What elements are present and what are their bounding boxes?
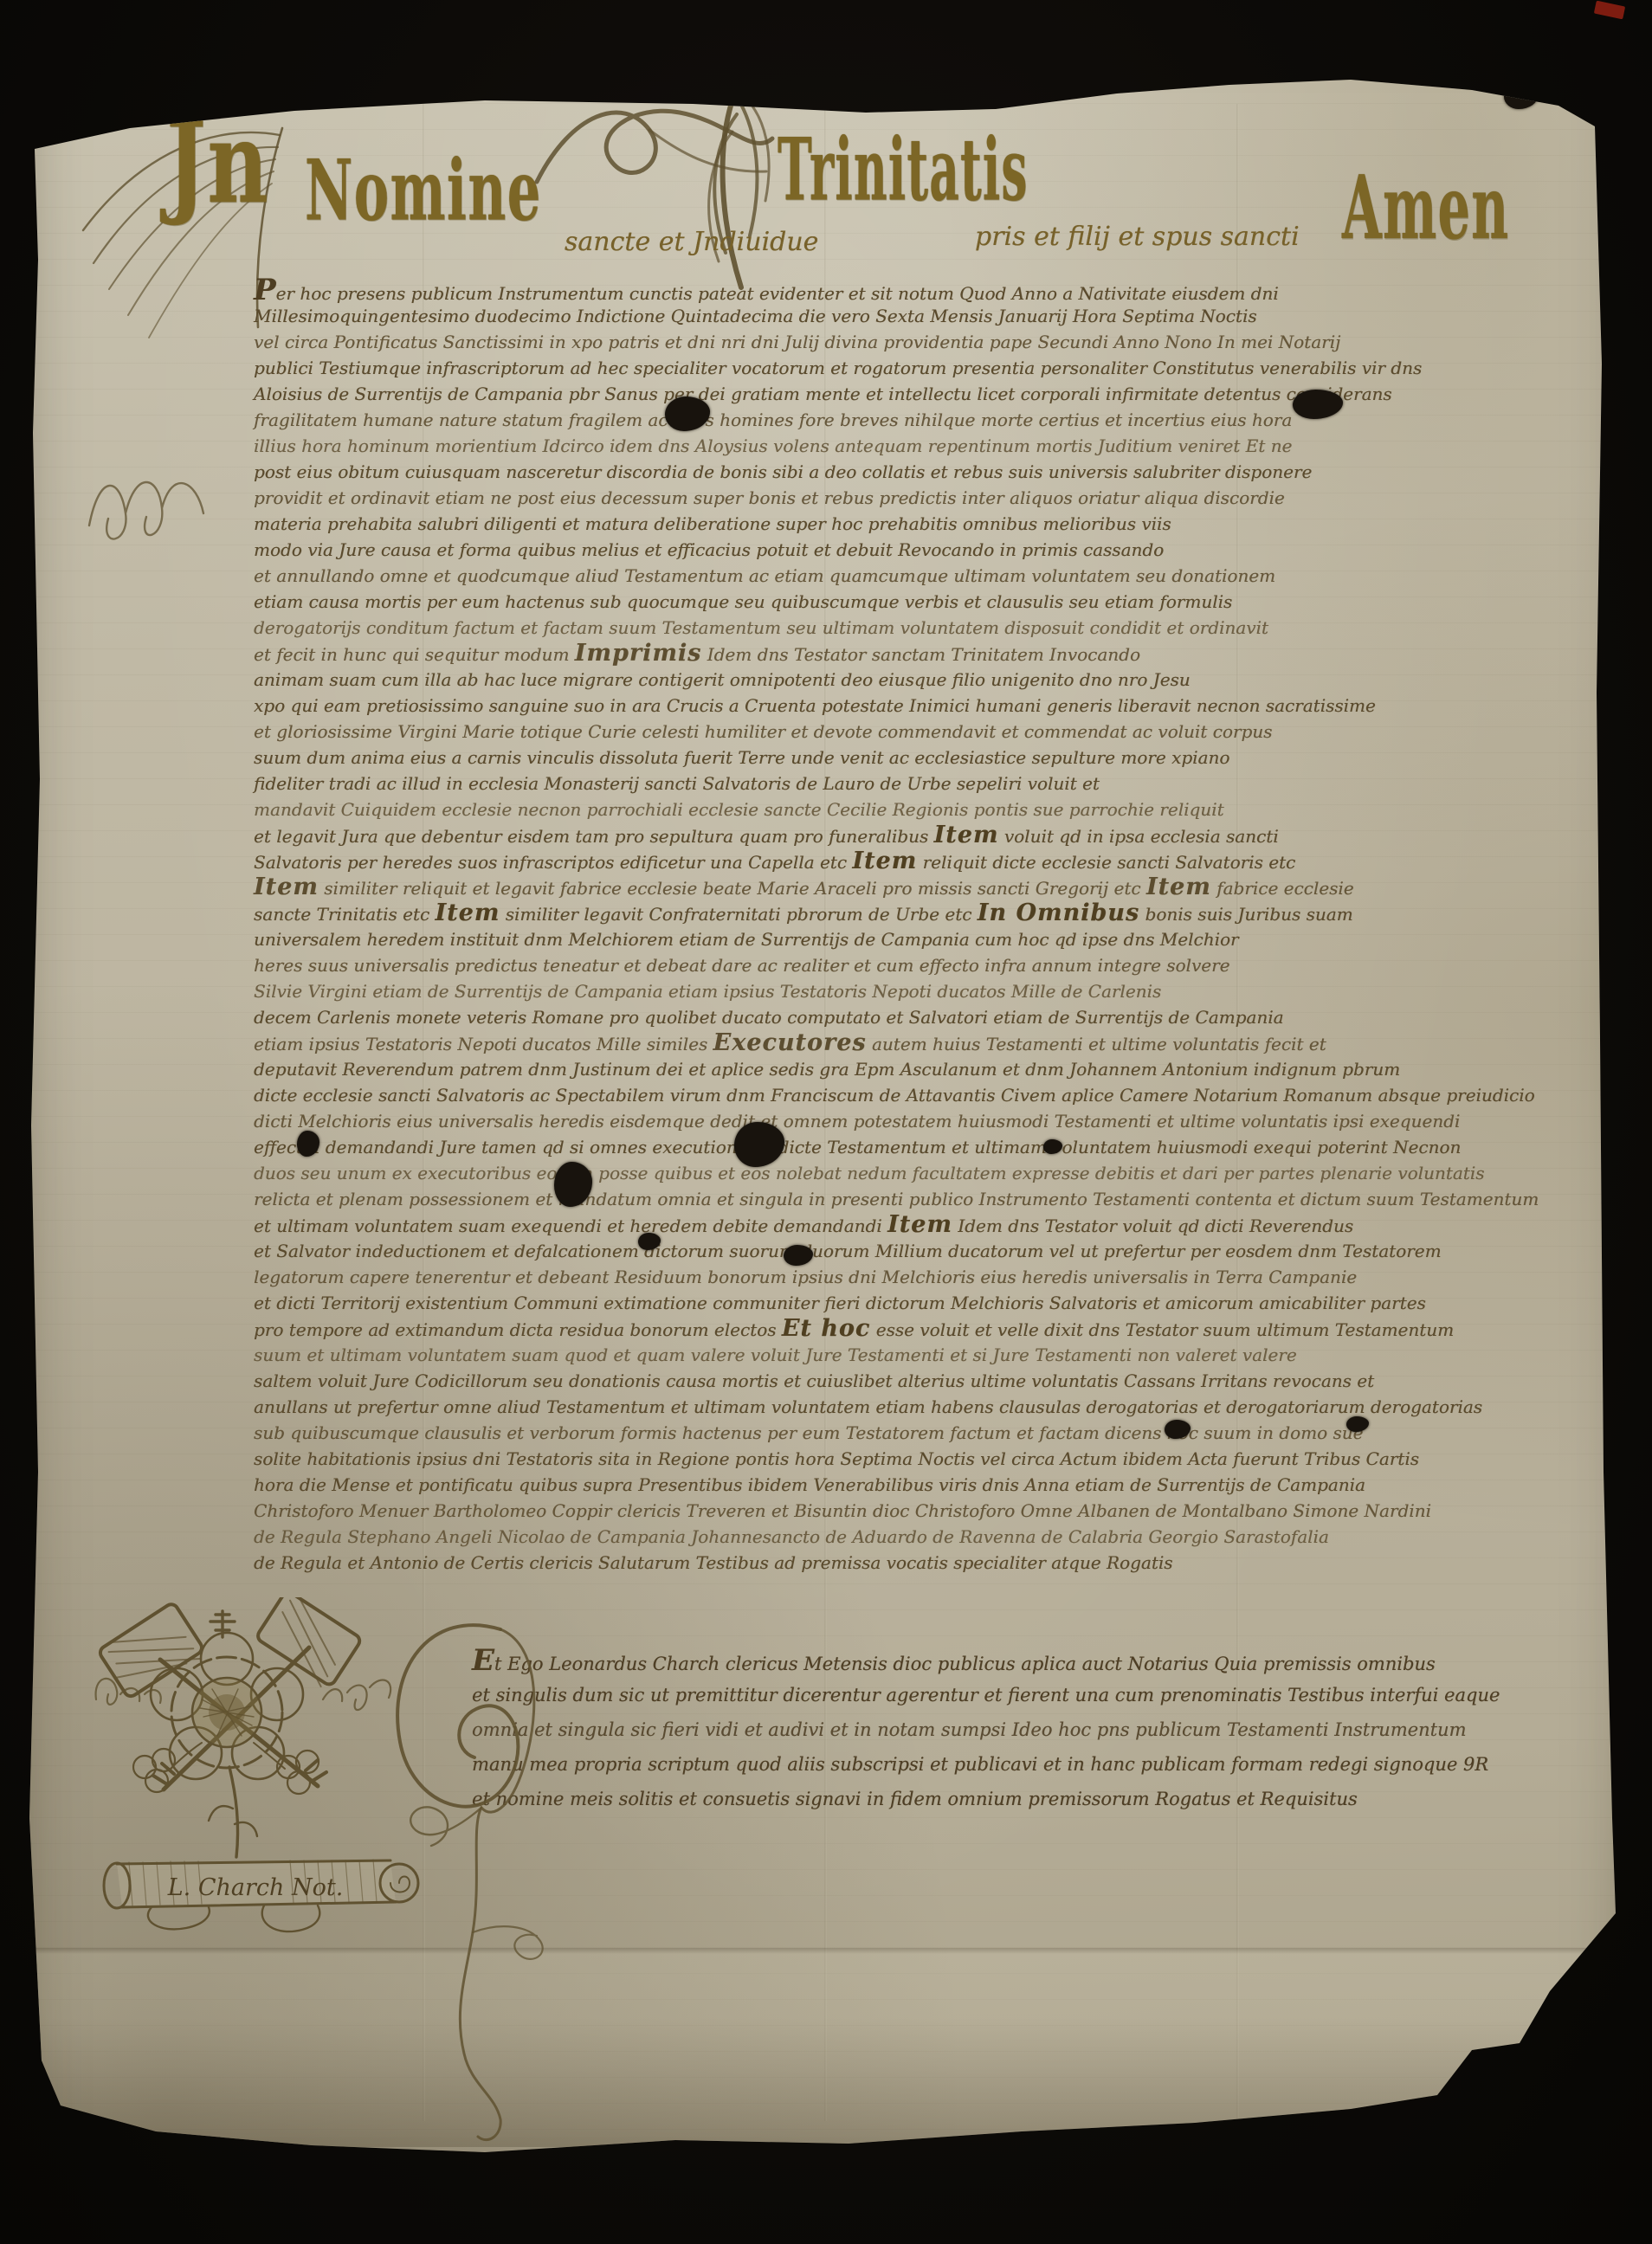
manuscript-line: solite habitationis ipsius dni Testatori…	[254, 1446, 1537, 1472]
heading-word-trinitatis: Trinitatis	[778, 119, 1029, 220]
manuscript-line: relicta et plenam possessionem et mandat…	[254, 1186, 1537, 1212]
manuscript-line: materia prehabita salubri diligenti et m…	[254, 511, 1537, 537]
manuscript-line: et dicti Territorij existentium Communi …	[254, 1290, 1537, 1316]
manuscript-line: anullans ut prefertur omne aliud Testame…	[254, 1394, 1537, 1420]
manuscript-line: dicte ecclesie sancti Salvatoris ac Spec…	[254, 1082, 1537, 1108]
heading-small-sancte: sancte et Jndiuidue	[565, 227, 818, 257]
manuscript-line: heres suus universalis predictus teneatu…	[254, 952, 1537, 978]
manuscript-line: decem Carlenis monete veteris Romane pro…	[254, 1004, 1537, 1030]
manuscript-line: dicti Melchioris eius universalis heredi…	[254, 1108, 1537, 1134]
manuscript-line: sancte Trinitatis etc Item similiter leg…	[254, 900, 1537, 926]
manuscript-line: duos seu unum ex executoribus eorum poss…	[254, 1160, 1537, 1186]
manuscript-line: Millesimoquingentesimo duodecimo Indicti…	[254, 303, 1537, 329]
manuscript-line: Aloisius de Surrentijs de Campania pbr S…	[254, 381, 1537, 407]
manuscript-line: publici Testiumque infrascriptorum ad he…	[254, 355, 1537, 381]
manuscript-line: pro tempore ad extimandum dicta residua …	[254, 1316, 1537, 1342]
manuscript-line: etiam causa mortis per eum hactenus sub …	[254, 589, 1537, 615]
manuscript-line: Per hoc presens publicum Instrumentum cu…	[254, 277, 1537, 303]
manuscript-line: legatorum capere tenerentur et debeant R…	[254, 1264, 1537, 1290]
manuscript-line: universalem heredem instituit dnm Melchi…	[254, 926, 1537, 952]
manuscript-line: et annullando omne et quodcumque aliud T…	[254, 563, 1537, 589]
manuscript-line: Christoforo Menuer Bartholomeo Coppir cl…	[254, 1498, 1537, 1524]
manuscript-line: omnia et singula sic fieri vidi et audiv…	[472, 1712, 1528, 1747]
manuscript-line: et legavit Jura que debentur eisdem tam …	[254, 822, 1537, 848]
heading-word-in: Jn	[166, 96, 269, 229]
manuscript-line: suum dum anima eius a carnis vinculis di…	[254, 745, 1537, 771]
manuscript-line: Silvie Virgini etiam de Surrentijs de Ca…	[254, 978, 1537, 1004]
manuscript-line: fideliter tradi ac illud in ecclesia Mon…	[254, 771, 1537, 796]
manuscript-line: et Salvator indeductionem et defalcation…	[254, 1238, 1537, 1264]
manuscript-line: de Regula et Antonio de Certis clericis …	[254, 1550, 1537, 1576]
manuscript-line: modo via Jure causa et forma quibus meli…	[254, 537, 1537, 563]
manuscript-line: illius hora hominum morientium Idcirco i…	[254, 433, 1537, 459]
red-wax-mark	[1594, 1, 1625, 20]
manuscript-line: Item similiter reliquit et legavit fabri…	[254, 874, 1537, 900]
heading-small-patris: pris et filij et spus sancti	[975, 222, 1300, 252]
manuscript-line: vel circa Pontificatus Sanctissimi in xp…	[254, 329, 1537, 355]
manuscript-line: et ultimam voluntatem suam exequendi et …	[254, 1212, 1537, 1238]
notary-subscription-text: Et Ego Leonardus Charch clericus Metensi…	[472, 1643, 1528, 1816]
body-text: Per hoc presens publicum Instrumentum cu…	[254, 277, 1537, 1576]
leafy-initial-flourish	[689, 80, 784, 296]
parchment-sheet: Jn Nomine sancte et Jndiuidue Trinitatis…	[0, 0, 1652, 2244]
manuscript-line: Et Ego Leonardus Charch clericus Metensi…	[472, 1643, 1528, 1678]
photo-backdrop: Jn Nomine sancte et Jndiuidue Trinitatis…	[0, 0, 1652, 2244]
heading-word-nomine: Nomine	[305, 141, 542, 240]
manuscript-line: et fecit in hunc qui sequitur modum Impr…	[254, 641, 1537, 667]
manuscript-line: etiam ipsius Testatoris Nepoti ducatos M…	[254, 1030, 1537, 1056]
manuscript-line: et gloriosissime Virgini Marie totique C…	[254, 719, 1537, 745]
manuscript-line: Salvatoris per heredes suos infrascripto…	[254, 848, 1537, 874]
manuscript-line: xpo qui eam pretiosissimo sanguine suo i…	[254, 693, 1537, 719]
manuscript-line: post eius obitum cuiusquam nasceretur di…	[254, 459, 1537, 485]
manuscript-line: et singulis dum sic ut premittitur dicer…	[472, 1678, 1528, 1712]
bottom-curl-shadow	[0, 2017, 1652, 2147]
manuscript-line: de Regula Stephano Angeli Nicolao de Cam…	[254, 1524, 1537, 1550]
heading-word-amen: Amen	[1342, 157, 1509, 260]
manuscript-line: suum et ultimam voluntatem suam quod et …	[254, 1342, 1537, 1368]
manuscript-line: animam suam cum illa ab hac luce migrare…	[254, 667, 1537, 693]
manuscript-line: derogatorijs conditum factum et factam s…	[254, 615, 1537, 641]
manuscript-line: et nomine meis solitis et consuetis sign…	[472, 1782, 1528, 1816]
manuscript-line: providit et ordinavit etiam ne post eius…	[254, 485, 1537, 511]
notary-scroll-label: L. Charch Not.	[167, 1874, 344, 1901]
manuscript-line: effectui demandandi Jure tamen qd si omn…	[254, 1134, 1537, 1160]
ink-blot	[1504, 83, 1539, 109]
manuscript-line: saltem voluit Jure Codicillorum seu dona…	[254, 1368, 1537, 1394]
manuscript-line: fragilitatem humane nature statum fragil…	[254, 407, 1537, 433]
manuscript-line: manu mea propria scriptum quod aliis sub…	[472, 1747, 1528, 1782]
manuscript-line: sub quibuscumque clausulis et verborum f…	[254, 1420, 1537, 1446]
manuscript-line: deputavit Reverendum patrem dnm Justinum…	[254, 1056, 1537, 1082]
manuscript-line: mandavit Cuiquidem ecclesie necnon parro…	[254, 796, 1537, 822]
margin-squiggle-flourish	[82, 446, 212, 567]
manuscript-line: hora die Mense et pontificatu quibus sup…	[254, 1472, 1537, 1498]
notary-paraph-flourish	[371, 1603, 570, 2157]
